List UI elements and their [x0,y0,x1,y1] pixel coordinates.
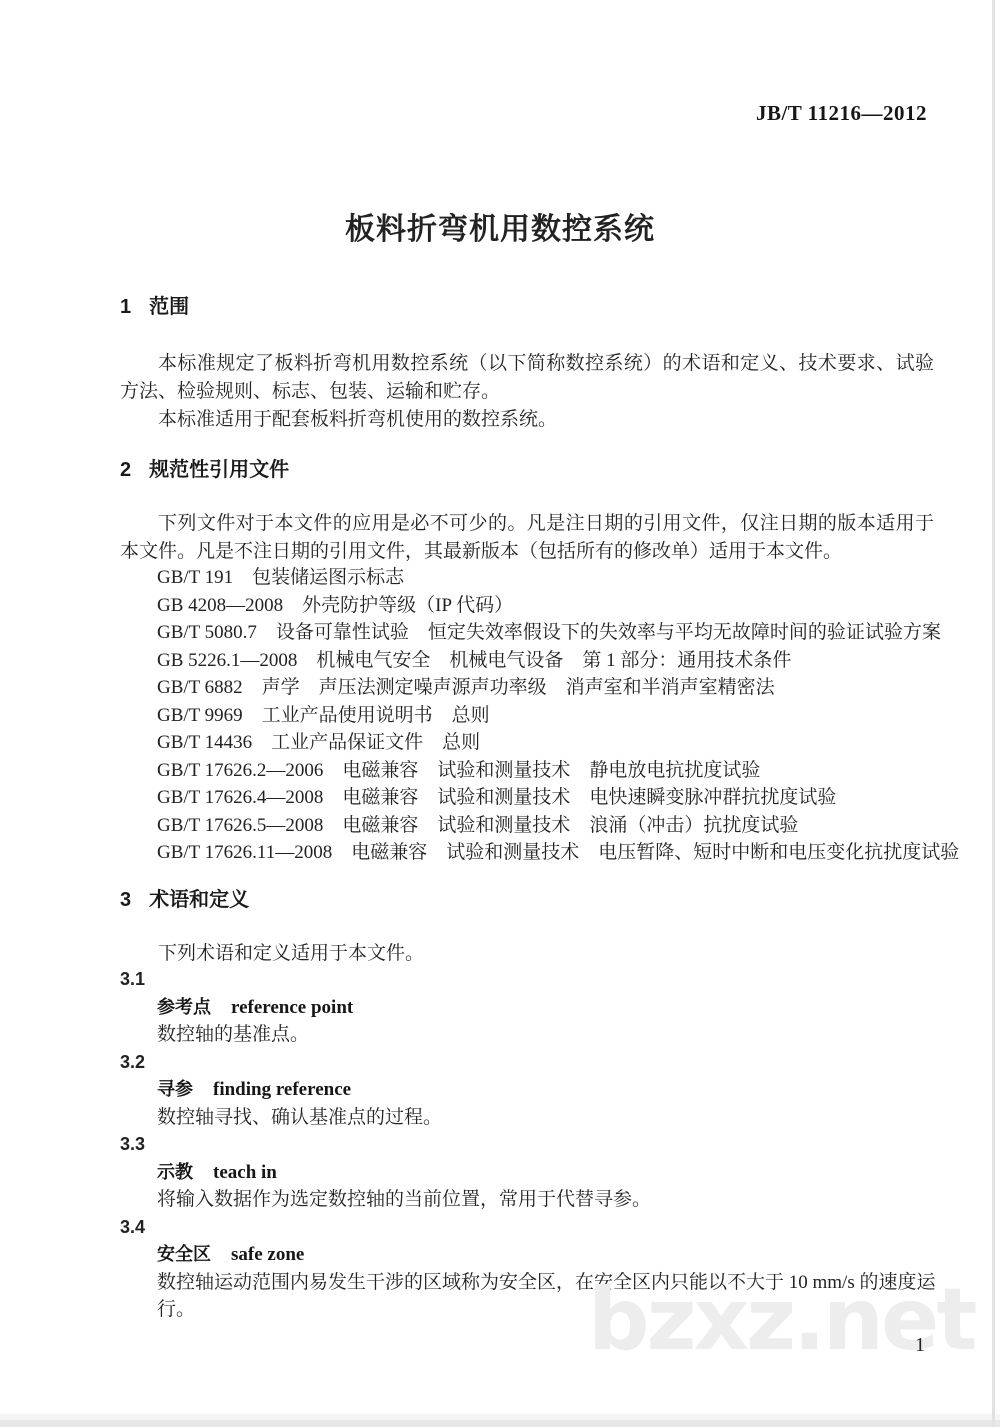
term-block: 3.2 寻参finding reference 数控轴寻找、确认基准点的过程。 [120,1049,940,1132]
section-3-heading: 3术语和定义 [120,889,249,911]
reference-item: GB/T 17626.5—2008 电磁兼容 试验和测量技术 浪涌（冲击）抗扰度… [120,812,940,840]
term-zh: 安全区 [157,1244,211,1264]
term-id: 3.1 [120,966,940,994]
paragraph: 下列文件对于本文件的应用是必不可少的。凡是注日期的引用文件，仅注日期的版本适用于… [120,510,934,566]
term-definition: 数控轴的基准点。 [120,1021,940,1049]
term-en: teach in [213,1162,277,1183]
term-en: finding reference [213,1079,351,1100]
term-block: 3.1 参考点reference point 数控轴的基准点。 [120,966,940,1049]
term-block: 3.3 示教teach in 将输入数据作为选定数控轴的当前位置，常用于代替寻参… [120,1131,940,1214]
term-name: 参考点reference point [120,994,940,1022]
reference-item: GB/T 191 包装储运图示标志 [120,564,940,592]
term-id: 3.4 [120,1214,940,1242]
references-list: GB/T 191 包装储运图示标志 GB 4208—2008 外壳防护等级（IP… [120,564,940,867]
term-id: 3.2 [120,1049,940,1077]
reference-item: GB 4208—2008 外壳防护等级（IP 代码） [120,592,940,620]
document-page: JB/T 11216—2012 板料折弯机用数控系统 1范围 本标准规定了板料折… [0,0,1000,1427]
term-name: 寻参finding reference [120,1076,940,1104]
paragraph: 本标准规定了板料折弯机用数控系统（以下简称数控系统）的术语和定义、技术要求、试验… [120,350,934,406]
term-definition: 将输入数据作为选定数控轴的当前位置，常用于代替寻参。 [120,1186,940,1214]
reference-item: GB/T 5080.7 设备可靠性试验 恒定失效率假设下的失效率与平均无故障时间… [120,619,940,647]
paragraph: 本标准适用于配套板料折弯机使用的数控系统。 [120,406,934,434]
section-2-title: 规范性引用文件 [149,459,289,481]
section-3-title: 术语和定义 [149,889,249,911]
section-1-number: 1 [120,296,131,318]
reference-item: GB/T 6882 声学 声压法测定噪声源声功率级 消声室和半消声室精密法 [120,674,940,702]
section-3-intro: 下列术语和定义适用于本文件。 [158,940,424,967]
reference-item: GB/T 14436 工业产品保证文件 总则 [120,729,940,757]
page-edge-right [992,0,995,1427]
term-definition: 数控轴寻找、确认基准点的过程。 [120,1104,940,1132]
reference-item: GB/T 17626.11—2008 电磁兼容 试验和测量技术 电压暂降、短时中… [120,839,940,867]
section-2-heading: 2规范性引用文件 [120,459,289,481]
section-3-number: 3 [120,889,131,911]
term-name: 示教teach in [120,1159,940,1187]
document-title: 板料折弯机用数控系统 [0,204,1000,248]
term-zh: 示教 [157,1162,193,1182]
term-zh: 寻参 [157,1079,193,1099]
section-1-title: 范围 [149,296,189,318]
page-edge-bottom [0,1420,1000,1427]
standard-number: JB/T 11216—2012 [756,101,927,126]
term-en: safe zone [231,1244,304,1265]
term-id: 3.3 [120,1131,940,1159]
section-2-number: 2 [120,459,131,481]
reference-item: GB/T 17626.4—2008 电磁兼容 试验和测量技术 电快速瞬变脉冲群抗… [120,784,940,812]
section-1-body: 本标准规定了板料折弯机用数控系统（以下简称数控系统）的术语和定义、技术要求、试验… [120,350,934,434]
section-2-intro: 下列文件对于本文件的应用是必不可少的。凡是注日期的引用文件，仅注日期的版本适用于… [120,510,934,566]
term-zh: 参考点 [157,997,211,1017]
reference-item: GB 5226.1—2008 机械电气安全 机械电气设备 第 1 部分：通用技术… [120,647,940,675]
reference-item: GB/T 17626.2—2006 电磁兼容 试验和测量技术 静电放电抗扰度试验 [120,757,940,785]
term-name: 安全区safe zone [120,1241,940,1269]
page-number: 1 [915,1334,925,1357]
reference-item: GB/T 9969 工业产品使用说明书 总则 [120,702,940,730]
section-1-heading: 1范围 [120,296,189,318]
term-en: reference point [231,997,353,1018]
